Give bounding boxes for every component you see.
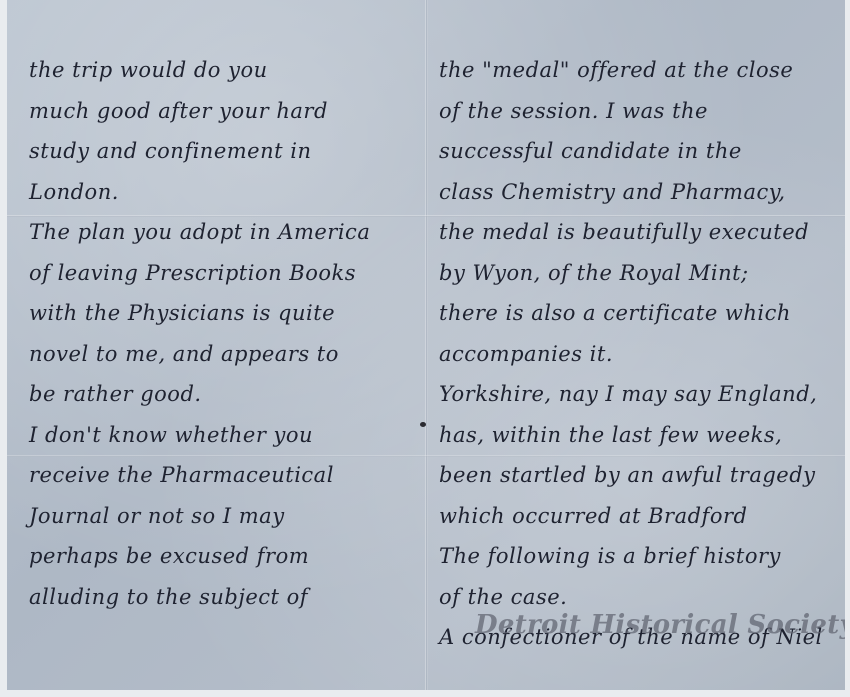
- handwritten-line: by Wyon, of the Royal Mint;: [439, 253, 839, 294]
- handwritten-line: accompanies it.: [439, 334, 839, 375]
- handwritten-line: Journal or not so I may: [29, 496, 409, 537]
- handwritten-line: the "medal" offered at the close: [439, 50, 839, 91]
- handwritten-line: Yorkshire, nay I may say England,: [439, 374, 839, 415]
- watermark: Detroit Historical Society: [475, 610, 845, 640]
- handwritten-line: of the session. I was the: [439, 91, 839, 132]
- handwritten-line: London.: [29, 172, 409, 213]
- handwritten-line: has, within the last few weeks,: [439, 415, 839, 456]
- handwritten-line: successful candidate in the: [439, 131, 839, 172]
- handwritten-line: much good after your hard: [29, 91, 409, 132]
- handwritten-line: The following is a brief history: [439, 536, 839, 577]
- handwritten-line: be rather good.: [29, 374, 409, 415]
- handwritten-line: the trip would do you: [29, 50, 409, 91]
- handwritten-line: been startled by an awful tragedy: [439, 455, 839, 496]
- vertical-fold-crease: [425, 0, 428, 690]
- letter-scan: the trip would do you much good after yo…: [7, 0, 845, 690]
- right-page: the "medal" offered at the close of the …: [439, 50, 839, 658]
- handwritten-line: which occurred at Bradford: [439, 496, 839, 537]
- handwritten-line: I don't know whether you: [29, 415, 409, 456]
- ink-spot: [420, 422, 426, 427]
- left-page: the trip would do you much good after yo…: [29, 50, 409, 617]
- handwritten-line: study and confinement in: [29, 131, 409, 172]
- handwritten-line: there is also a certificate which: [439, 293, 839, 334]
- handwritten-line: the medal is beautifully executed: [439, 212, 839, 253]
- handwritten-line: novel to me, and appears to: [29, 334, 409, 375]
- handwritten-line: with the Physicians is quite: [29, 293, 409, 334]
- handwritten-line: class Chemistry and Pharmacy,: [439, 172, 839, 213]
- handwritten-line: of leaving Prescription Books: [29, 253, 409, 294]
- handwritten-line: The plan you adopt in America: [29, 212, 409, 253]
- handwritten-line: perhaps be excused from: [29, 536, 409, 577]
- handwritten-line: alluding to the subject of: [29, 577, 409, 618]
- handwritten-line: receive the Pharmaceutical: [29, 455, 409, 496]
